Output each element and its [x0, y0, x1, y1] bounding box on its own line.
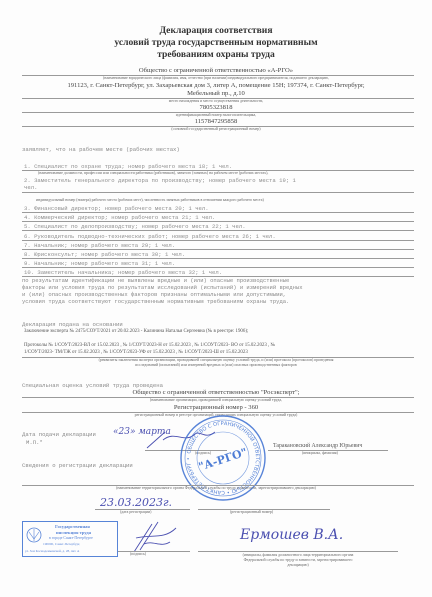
workplace-caption-1: (наименование должности, профессии или с…: [38, 171, 268, 176]
inspection-stamp-line-2: инспекция труда: [56, 530, 91, 535]
expert-conclusion: Заключение эксперта № 2475/СОУТ/2021 от …: [24, 329, 248, 335]
workplace-item-3: 3. Финансовый директор; номер рабочего м…: [24, 205, 209, 212]
divider: [22, 221, 414, 222]
workplace-item-8: 8. Юрисконсульт; номер рабочего места 30…: [24, 251, 185, 258]
assessment-org-caption: (наименование организации, проводившей с…: [0, 398, 432, 403]
registration-signature-caption: (подпись): [130, 552, 146, 557]
coat-of-arms-icon: [25, 525, 43, 545]
declarant-address-line-1: 191123, г. Санкт-Петербург, ул. Захарьев…: [0, 82, 432, 90]
divider: [22, 258, 414, 259]
basis-caption-2: исследований (испытаний) или измерений в…: [0, 363, 432, 368]
declarant-ogrn: 1157847295858: [0, 118, 432, 126]
registration-heading: Сведения о регистрации декларации: [22, 462, 133, 469]
divider: [22, 192, 414, 193]
divider: [22, 230, 414, 231]
submission-date-label: Дата подачи декларации: [22, 431, 96, 438]
protocols-line-1: Протоколы № 1/СОУТ/2023-ВЛ от 15.02.2023…: [24, 343, 275, 349]
workplace-item-7: 7. Начальник; номер рабочего места 29; 1…: [24, 242, 175, 249]
workplace-item-6: 6. Руководитель подводно-технических раб…: [24, 233, 276, 240]
declarant-inn: 7805323818: [0, 104, 432, 112]
inspection-stamp-line-3: в городе Санкт-Петербурге: [49, 536, 93, 541]
inspection-stamp-line-5: ул. Зои Космодемьянской, д. 28, лит. А: [25, 549, 79, 554]
workplace-item-4: 4. Коммерческий директор; номер рабочего…: [24, 214, 215, 221]
assessment-heading: Специальная оценка условий труда проведе…: [22, 382, 163, 389]
divider: [198, 551, 398, 552]
protocols-line-2: 1/СОУТ/2023- ТМ/ТЖ от 15.02.2023 , № 1/С…: [24, 350, 248, 356]
registration-org-caption: (наименование территориального органа Фе…: [0, 486, 432, 491]
declarant-name: Общество с ограниченной ответственностью…: [0, 67, 432, 75]
title-line-3: требованиям охраны труда: [0, 49, 432, 61]
title-line-2: условий труда государственным нормативны…: [0, 37, 432, 49]
registration-date-caption: (дата регистрации): [120, 510, 151, 515]
workplace-item-5: 5. Специалист по делопроизводству; номер…: [24, 223, 246, 230]
basis-heading: Декларация подана на основании: [22, 321, 123, 328]
registration-date-handwritten: 23.03.2023г.: [100, 496, 172, 509]
ogrn-caption: (основной государственный регистрационны…: [0, 127, 432, 132]
signer-caption: (инициалы, фамилия): [302, 451, 338, 456]
workplace-item-2-cont: чел.: [24, 184, 37, 191]
workplace-item-1: 1. Специалист по охране труда; номер раб…: [24, 163, 232, 170]
workplace-item-9: 9. Начальник; номер рабочего места 31; 1…: [24, 260, 175, 267]
assessment-org: Общество с ограниченной ответственностью…: [0, 389, 432, 397]
title-line-1: Декларация соответствия: [0, 25, 432, 37]
inspection-stamp-line-1: Государственная: [55, 524, 90, 529]
declarant-address-line-2: Мебельный пр., д.10: [0, 90, 432, 98]
workplace-item-2: 2. Заместитель генерального директора по…: [24, 177, 296, 184]
declarant-name-caption: (наименование юридического лица (фамилия…: [0, 76, 432, 81]
registration-number-caption: (регистрационный номер): [230, 510, 273, 515]
result-line-4: условия труда соответствуют государствен…: [22, 298, 289, 305]
inspection-stamp: Государственная инспекция труда в городе…: [22, 521, 118, 557]
statement-intro: заявляет, что на рабочем месте (рабочих …: [22, 146, 180, 153]
mp-label: М.П.*: [26, 439, 43, 446]
declaration-page: Декларация соответствия условий труда го…: [0, 0, 432, 597]
divider: [22, 267, 414, 268]
registration-official-handwritten: Ермошев В.А.: [240, 527, 343, 543]
inspection-stamp-line-4: 190000, Санкт-Петербург,: [43, 542, 80, 547]
signer-name: Таракановский Александр Юрьевич: [273, 443, 362, 449]
divider: [118, 551, 190, 552]
divider: [22, 240, 414, 241]
assessment-reg-number: Регистрационный номер - 360: [0, 404, 432, 412]
divider: [22, 249, 414, 250]
divider: [22, 212, 414, 213]
official-caption-3: декларацию): [198, 563, 398, 568]
workplace-caption-2: индивидуальный номер (номера) рабочего м…: [36, 198, 264, 203]
workplace-item-10: 10. Заместитель начальника; номер рабоче…: [24, 269, 222, 276]
svg-text:"А-РГО": "А-РГО": [197, 446, 249, 474]
